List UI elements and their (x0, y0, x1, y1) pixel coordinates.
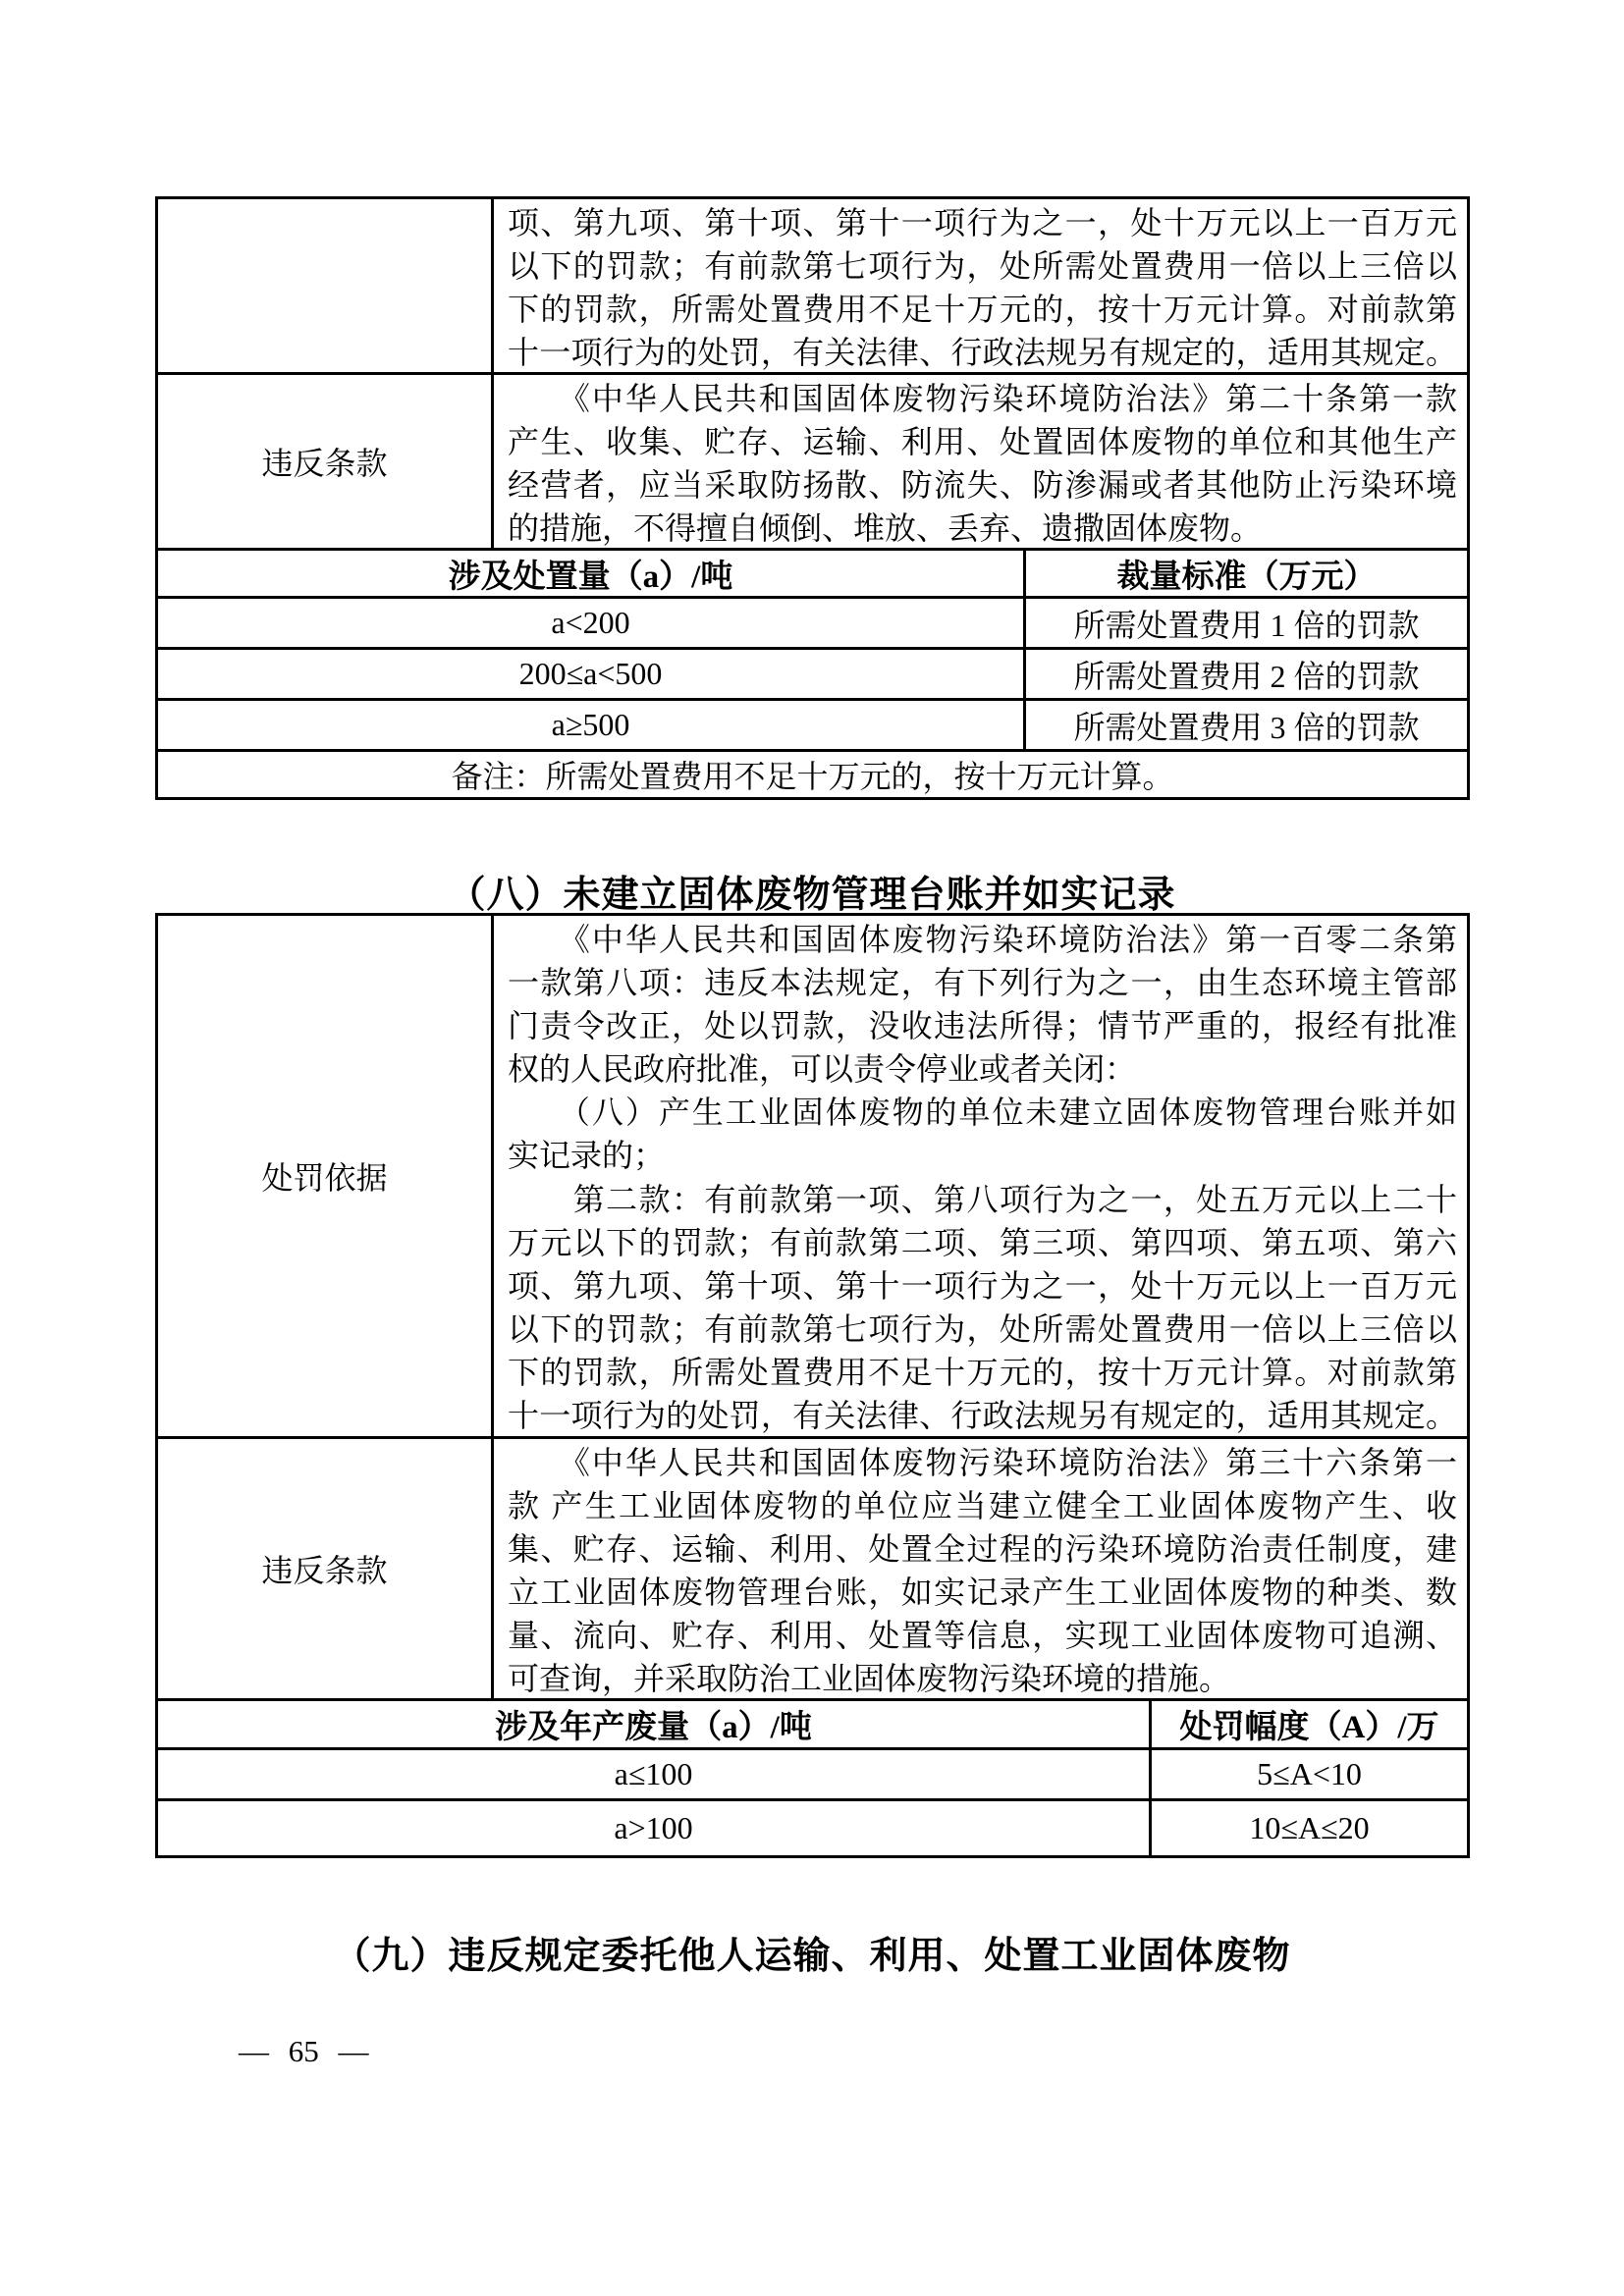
text-line: 《中华人民共和国固体废物污染环境防治法》第二十条第一款 (508, 377, 1457, 420)
subtable-row: 200≤a<500 所需处置费用 2 倍的罚款 (158, 650, 1467, 701)
penalty-amount: 5≤A<10 (1152, 1750, 1467, 1798)
text-line: 量、流向、贮存、利用、处置等信息，实现工业固体废物可追溯、 (508, 1614, 1457, 1657)
penalty-table-ledger: 处罚依据 《中华人民共和国固体废物污染环境防治法》第一百零二条第 一款第八项：违… (155, 913, 1470, 1858)
column-header-annual-waste: 涉及年产废量（a）/吨 (158, 1701, 1152, 1747)
subtable-header-row: 涉及处置量（a）/吨 裁量标准（万元） (158, 551, 1467, 599)
text-line: 产生、收集、贮存、运输、利用、处置固体废物的单位和其他生产 (508, 420, 1457, 463)
text-line: （八）产生工业固体废物的单位未建立固体废物管理台账并如 (508, 1091, 1457, 1134)
penalty-basis-continuation-text: 项、第九项、第十项、第十一项行为之一，处十万元以上一百万元 以下的罚款；有前款第… (494, 199, 1467, 372)
text-line: 第二款：有前款第一项、第八项行为之一，处五万元以上二十 (508, 1178, 1457, 1221)
text-line: 门责令改正，处以罚款，没收违法所得；情节严重的，报经有批准 (508, 1004, 1457, 1047)
penalty-basis-continuation-row: 项、第九项、第十项、第十一项行为之一，处十万元以上一百万元 以下的罚款；有前款第… (158, 199, 1467, 375)
penalty-basis-label: 处罚依据 (158, 916, 494, 1436)
page-number: — 65 — (239, 2034, 369, 2069)
text-line: 立工业固体废物管理台账，如实记录产生工业固体废物的种类、数 (508, 1571, 1457, 1614)
document-page: 项、第九项、第十项、第十一项行为之一，处十万元以上一百万元 以下的罚款；有前款第… (0, 0, 1624, 2296)
penalty-basis-text: 《中华人民共和国固体废物污染环境防治法》第一百零二条第 一款第八项：违反本法规定… (494, 916, 1467, 1436)
text-line: 项、第九项、第十项、第十一项行为之一，处十万元以上一百万元 (508, 1264, 1457, 1308)
text-line: 款 产生工业固体废物的单位应当建立健全工业固体废物产生、收 (508, 1484, 1457, 1527)
text-line: 十一项行为的处罚，有关法律、行政法规另有规定的，适用其规定。 (508, 331, 1457, 372)
note-text: 备注：所需处置费用不足十万元的，按十万元计算。 (158, 752, 1467, 797)
quantity-range: a≤100 (158, 1750, 1152, 1798)
text-line: 下的罚款，所需处置费用不足十万元的，按十万元计算。对前款第 (508, 1351, 1457, 1394)
text-line: 一款第八项：违反本法规定，有下列行为之一，由生态环境主管部 (508, 961, 1457, 1004)
penalty-standard: 所需处置费用 3 倍的罚款 (1026, 701, 1467, 749)
subtable-row: a≤100 5≤A<10 (158, 1750, 1467, 1801)
subtable-row: a>100 10≤A≤20 (158, 1801, 1467, 1855)
text-line: 以下的罚款；有前款第七项行为，处所需处置费用一倍以上三倍以 (508, 1308, 1457, 1351)
quantity-range: a<200 (158, 599, 1026, 647)
quantity-range: 200≤a<500 (158, 650, 1026, 698)
violated-clause-text: 《中华人民共和国固体废物污染环境防治法》第三十六条第一 款 产生工业固体废物的单… (494, 1439, 1467, 1698)
text-line: 集、贮存、运输、利用、处置全过程的污染环境防治责任制度，建 (508, 1527, 1457, 1571)
penalty-table-disposal: 项、第九项、第十项、第十一项行为之一，处十万元以上一百万元 以下的罚款；有前款第… (155, 196, 1470, 800)
section-heading-9: （九）违反规定委托他人运输、利用、处置工业固体废物 (0, 1925, 1624, 1979)
row-label-empty (158, 199, 494, 372)
text-line: 《中华人民共和国固体废物污染环境防治法》第一百零二条第 (508, 918, 1457, 961)
subtable-row: a≥500 所需处置费用 3 倍的罚款 (158, 701, 1467, 752)
note-row: 备注：所需处置费用不足十万元的，按十万元计算。 (158, 752, 1467, 797)
column-header-quantity: 涉及处置量（a）/吨 (158, 551, 1026, 596)
text-line: 实记录的； (508, 1134, 1457, 1177)
subtable-row: a<200 所需处置费用 1 倍的罚款 (158, 599, 1467, 650)
section-heading-8: （八）未建立固体废物管理台账并如实记录 (0, 864, 1624, 918)
violated-clause-row: 违反条款 《中华人民共和国固体废物污染环境防治法》第二十条第一款 产生、收集、贮… (158, 375, 1467, 551)
text-line: 以下的罚款；有前款第七项行为，处所需处置费用一倍以上三倍以 (508, 244, 1457, 288)
text-line: 可查询，并采取防治工业固体废物污染环境的措施。 (508, 1657, 1457, 1698)
text-line: 万元以下的罚款；有前款第二项、第三项、第四项、第五项、第六 (508, 1221, 1457, 1264)
column-header-standard: 裁量标准（万元） (1026, 551, 1467, 596)
text-line: 的措施，不得擅自倾倒、堆放、丢弃、遗撒固体废物。 (508, 507, 1457, 548)
violated-clause-label: 违反条款 (158, 375, 494, 548)
quantity-range: a>100 (158, 1801, 1152, 1855)
text-line: 下的罚款，所需处置费用不足十万元的，按十万元计算。对前款第 (508, 288, 1457, 331)
text-line: 经营者，应当采取防扬散、防流失、防渗漏或者其他防止污染环境 (508, 463, 1457, 507)
violated-clause-row: 违反条款 《中华人民共和国固体废物污染环境防治法》第三十六条第一 款 产生工业固… (158, 1439, 1467, 1701)
penalty-standard: 所需处置费用 2 倍的罚款 (1026, 650, 1467, 698)
quantity-range: a≥500 (158, 701, 1026, 749)
violated-clause-text: 《中华人民共和国固体废物污染环境防治法》第二十条第一款 产生、收集、贮存、运输、… (494, 375, 1467, 548)
text-line: 项、第九项、第十项、第十一项行为之一，处十万元以上一百万元 (508, 201, 1457, 244)
column-header-penalty-range: 处罚幅度（A）/万 (1152, 1701, 1467, 1747)
text-line: 权的人民政府批准，可以责令停业或者关闭： (508, 1047, 1457, 1091)
penalty-basis-row: 处罚依据 《中华人民共和国固体废物污染环境防治法》第一百零二条第 一款第八项：违… (158, 916, 1467, 1439)
text-line: 《中华人民共和国固体废物污染环境防治法》第三十六条第一 (508, 1441, 1457, 1484)
text-line: 十一项行为的处罚，有关法律、行政法规另有规定的，适用其规定。 (508, 1394, 1457, 1436)
violated-clause-label: 违反条款 (158, 1439, 494, 1698)
subtable-header-row: 涉及年产废量（a）/吨 处罚幅度（A）/万 (158, 1701, 1467, 1750)
penalty-standard: 所需处置费用 1 倍的罚款 (1026, 599, 1467, 647)
penalty-amount: 10≤A≤20 (1152, 1801, 1467, 1855)
